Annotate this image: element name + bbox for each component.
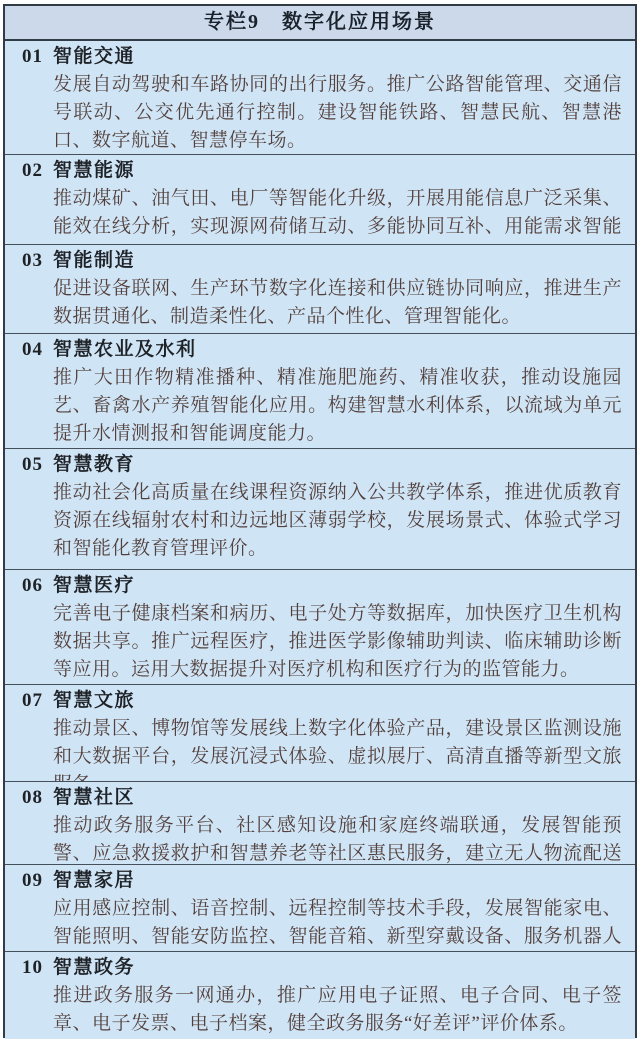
item-description: 完善电子健康档案和病历、电子处方等数据库，加快医疗卫生机构数据共享。推广远程医疗…: [53, 600, 622, 684]
item-title-line: 02智慧能源: [22, 158, 622, 185]
item-title-line: 04智慧农业及水利: [22, 337, 622, 364]
item-row: 02智慧能源 推动煤矿、油气田、电厂等智能化升级，开展用能信息广泛采集、能效在线…: [5, 154, 635, 244]
item-row: 01智能交通 发展自动驾驶和车路协同的出行服务。推广公路智能管理、交通信号联动、…: [5, 41, 635, 154]
item-row: 09智慧家居 应用感应控制、语音控制、远程控制等技术手段，发展智能家电、智能照明…: [5, 864, 635, 951]
item-title-line: 01智能交通: [22, 44, 622, 71]
item-description: 推动景区、博物馆等发展线上数字化体验产品，建设景区监测设施和大数据平台，发展沉浸…: [53, 715, 622, 781]
item-number: 06: [22, 573, 53, 599]
item-description: 应用感应控制、语音控制、远程控制等技术手段，发展智能家电、智能照明、智能安防监控…: [53, 895, 622, 951]
item-number: 02: [22, 158, 53, 184]
item-description: 发展自动驾驶和车路协同的出行服务。推广公路智能管理、交通信号联动、公交优先通行控…: [53, 71, 622, 154]
item-title-line: 09智慧家居: [22, 868, 622, 895]
item-title-line: 03智能制造: [22, 248, 622, 275]
item-description: 促进设备联网、生产环节数字化连接和供应链协同响应，推进生产数据贯通化、制造柔性化…: [53, 275, 622, 331]
item-title: 智能交通: [53, 46, 135, 67]
item-description: 推动政务服务平台、社区感知设施和家庭终端联通，发展智能预警、应急救援救护和智慧养…: [53, 812, 622, 864]
item-title: 智能制造: [53, 250, 135, 271]
item-title: 智慧医疗: [53, 575, 135, 596]
item-row: 10智慧政务 推进政务服务一网通办，推广应用电子证照、电子合同、电子签章、电子发…: [5, 951, 635, 1039]
item-title: 智慧能源: [53, 160, 135, 181]
item-title: 智慧农业及水利: [53, 339, 197, 360]
item-description: 推广大田作物精准播种、精准施肥施药、精准收获，推动设施园艺、畜禽水产养殖智能化应…: [53, 364, 622, 448]
item-number: 05: [22, 452, 53, 478]
item-number: 01: [22, 44, 53, 70]
item-number: 08: [22, 785, 53, 811]
item-description: 推动煤矿、油气田、电厂等智能化升级，开展用能信息广泛采集、能效在线分析，实现源网…: [53, 185, 622, 244]
item-title-line: 05智慧教育: [22, 452, 622, 479]
item-title-line: 10智慧政务: [22, 955, 622, 982]
item-title-line: 06智慧医疗: [22, 573, 622, 600]
item-row: 07智慧文旅 推动景区、博物馆等发展线上数字化体验产品，建设景区监测设施和大数据…: [5, 684, 635, 781]
item-title-line: 07智慧文旅: [22, 688, 622, 715]
item-title-line: 08智慧社区: [22, 785, 622, 812]
item-number: 10: [22, 955, 53, 981]
item-description: 推进政务服务一网通办，推广应用电子证照、电子合同、电子签章、电子发票、电子档案，…: [53, 982, 622, 1038]
box-header-title: 专栏9 数字化应用场景: [5, 6, 635, 41]
item-description: 推动社会化高质量在线课程资源纳入公共教学体系，推进优质教育资源在线辐射农村和边远…: [53, 479, 622, 563]
item-title: 智慧政务: [53, 957, 135, 978]
item-row: 08智慧社区 推动政务服务平台、社区感知设施和家庭终端联通，发展智能预警、应急救…: [5, 781, 635, 864]
box-table: 专栏9 数字化应用场景 01智能交通 发展自动驾驶和车路协同的出行服务。推广公路…: [3, 4, 637, 1038]
page: 专栏9 数字化应用场景 01智能交通 发展自动驾驶和车路协同的出行服务。推广公路…: [0, 0, 640, 1045]
item-number: 03: [22, 248, 53, 274]
item-number: 07: [22, 688, 53, 714]
item-row: 06智慧医疗 完善电子健康档案和病历、电子处方等数据库，加快医疗卫生机构数据共享…: [5, 569, 635, 684]
item-title: 智慧家居: [53, 870, 135, 891]
item-row: 04智慧农业及水利 推广大田作物精准播种、精准施肥施药、精准收获，推动设施园艺、…: [5, 333, 635, 448]
item-title: 智慧社区: [53, 787, 135, 808]
item-title: 智慧文旅: [53, 690, 135, 711]
item-number: 04: [22, 337, 53, 363]
item-number: 09: [22, 868, 53, 894]
item-title: 智慧教育: [53, 454, 135, 475]
item-row: 05智慧教育 推动社会化高质量在线课程资源纳入公共教学体系，推进优质教育资源在线…: [5, 448, 635, 569]
item-row: 03智能制造 促进设备联网、生产环节数字化连接和供应链协同响应，推进生产数据贯通…: [5, 244, 635, 333]
